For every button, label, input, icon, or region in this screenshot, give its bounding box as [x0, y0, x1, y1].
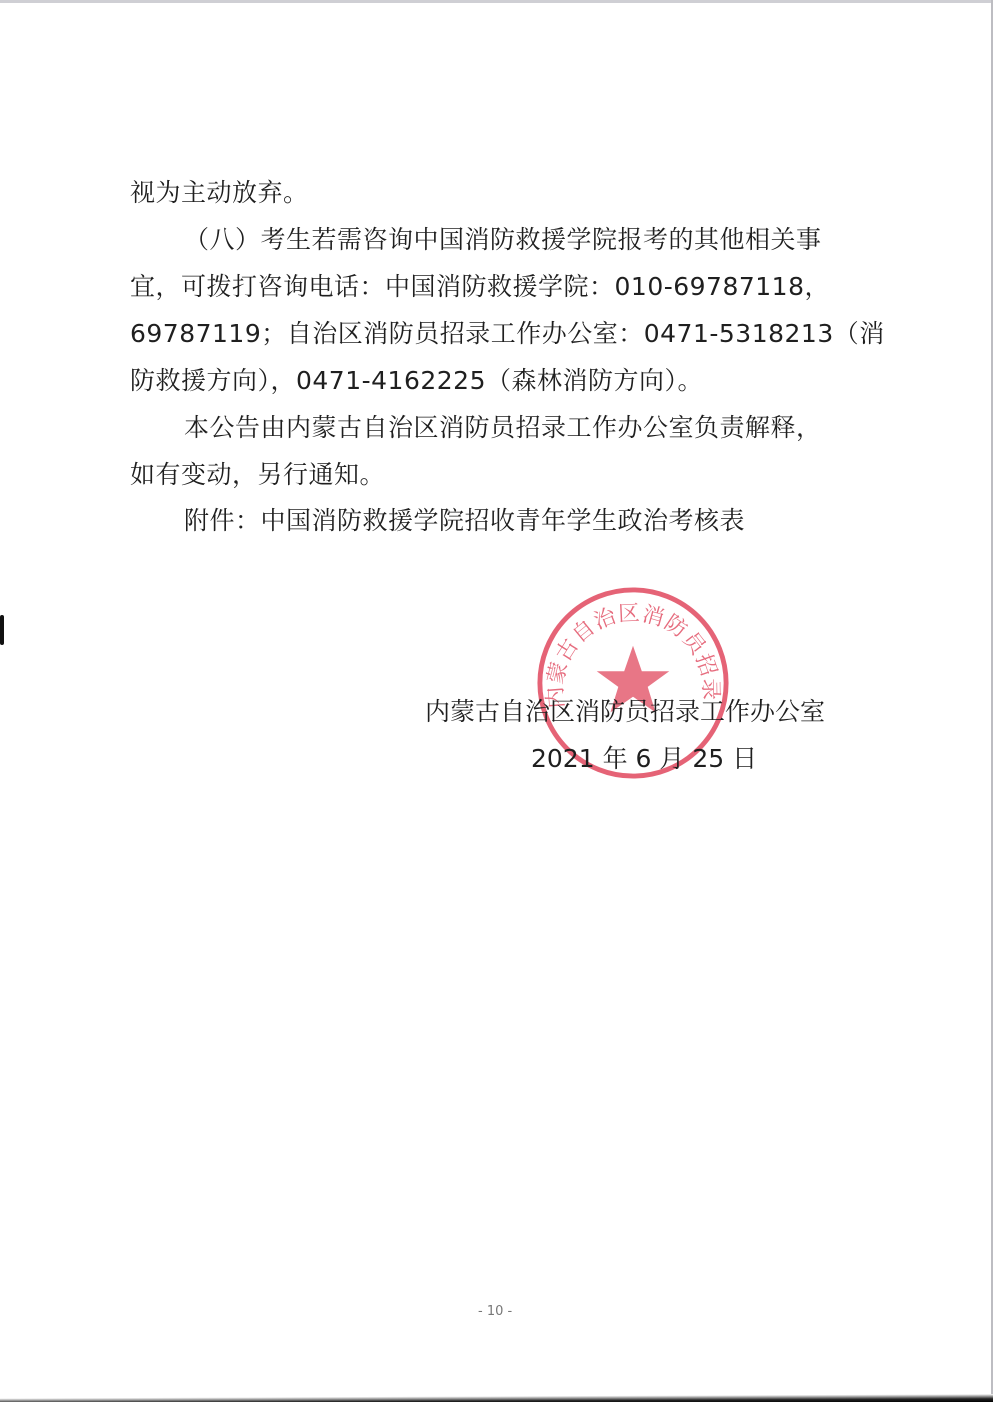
body-line-2: （八）考生若需咨询中国消防救援学院报考的其他相关事 [184, 225, 822, 255]
scan-edge-top [0, 0, 993, 3]
body-line-4: 69787119；自治区消防员招录工作办公室：0471-5318213（消 [130, 319, 885, 349]
page-number: - 10 - [478, 1304, 512, 1319]
scan-edge-bottom [0, 1394, 993, 1402]
body-line-5: 防救援方向），0471-4162225（森林消防方向）。 [130, 366, 703, 396]
body-line-6: 本公告由内蒙古自治区消防员招录工作办公室负责解释， [184, 413, 822, 443]
body-line-3: 宜，可拨打咨询电话：中国消防救援学院：010-69787118， [130, 272, 830, 302]
binder-hole-mark [0, 615, 4, 645]
body-line-7: 如有变动，另行通知。 [130, 460, 385, 490]
body-line-1: 视为主动放弃。 [130, 178, 309, 208]
attachment-line: 附件：中国消防救援学院招收青年学生政治考核表 [184, 506, 745, 536]
signature-date: 2021 年 6 月 25 日 [531, 739, 757, 775]
signature-organization: 内蒙古自治区消防员招录工作办公室 [425, 692, 825, 728]
